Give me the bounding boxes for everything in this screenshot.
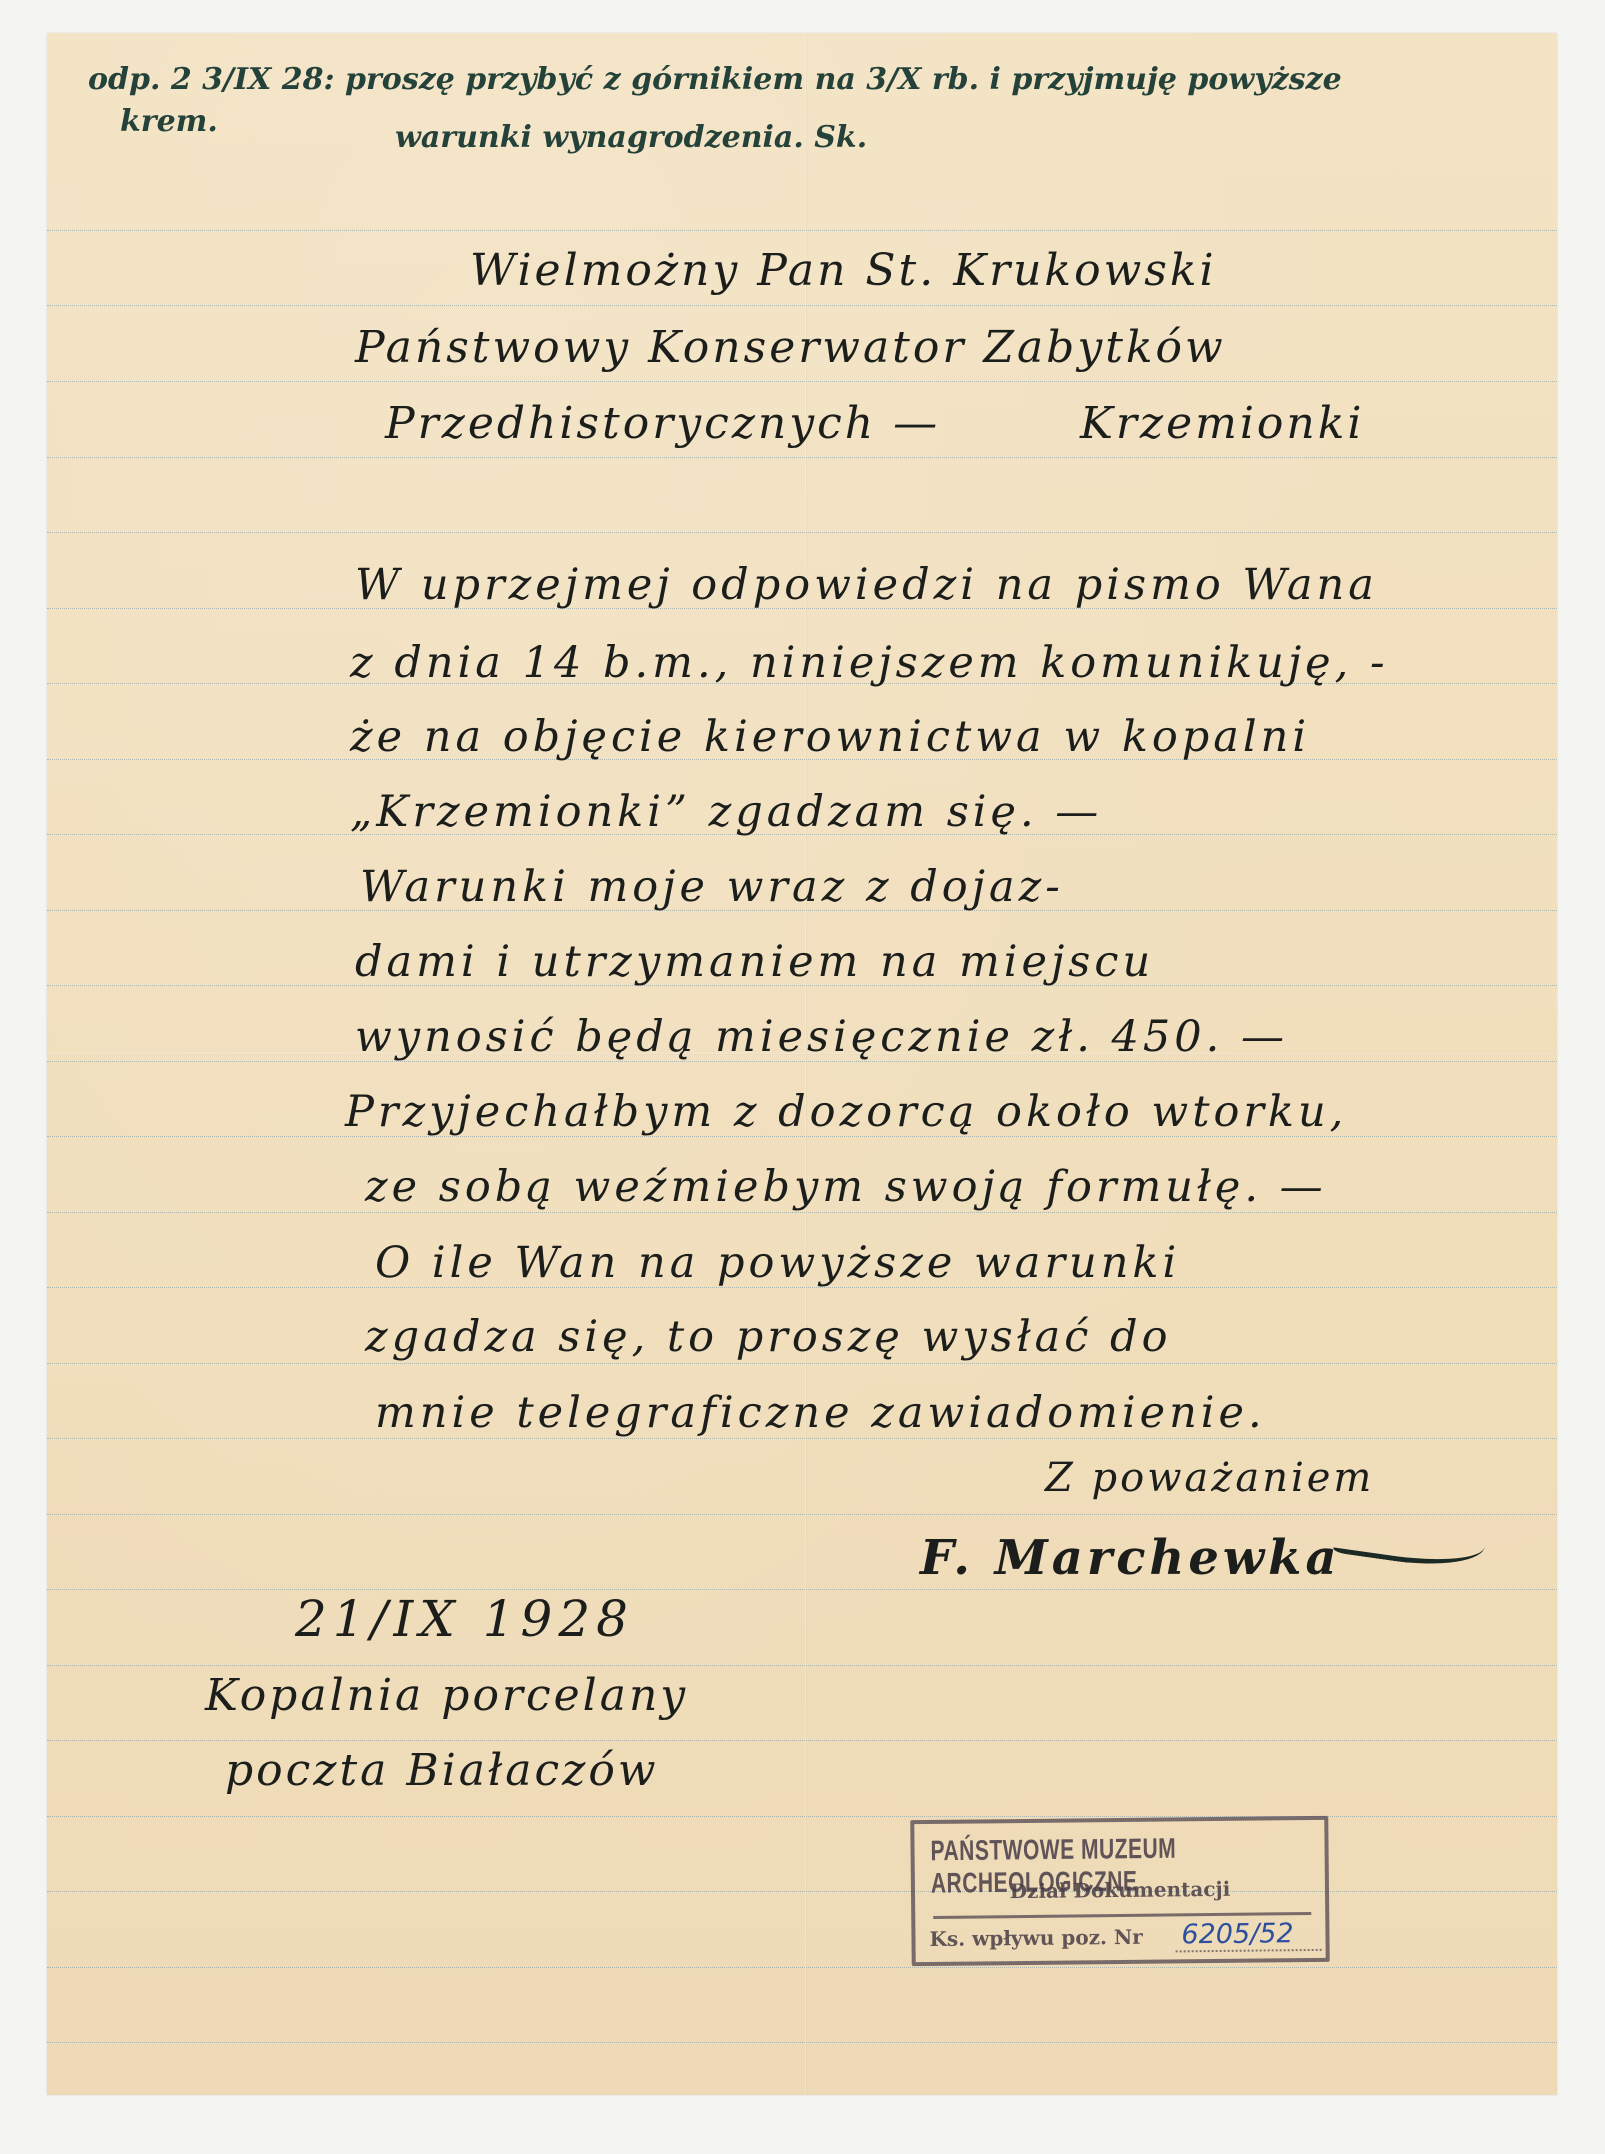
addressee-line-2: Państwowy Konserwator Zabytków <box>355 322 1226 373</box>
stamp-register-label: Ks. wpływu poz. Nr <box>929 1925 1142 1951</box>
ruled-line <box>47 230 1557 231</box>
addressee-line-3-left: Przedhistorycznych — <box>385 398 940 449</box>
ruled-line <box>47 1212 1557 1213</box>
addressee-line-3-right: Krzemionki <box>1080 398 1364 449</box>
sender-place-line-1: Kopalnia porcelany <box>205 1670 688 1721</box>
ruled-line <box>47 1740 1557 1741</box>
body-line: dami i utrzymaniem na miejscu <box>355 937 1154 987</box>
stamp-department: Dział Dokumentacji <box>915 1876 1325 1904</box>
sender-date: 21/IX 1928 <box>295 1590 634 1648</box>
sender-place-line-2: poczta Białaczów <box>225 1745 659 1796</box>
ruled-line <box>47 1514 1557 1515</box>
body-line: ze sobą weźmiebym swoją formułę. — <box>365 1162 1327 1212</box>
ruled-line <box>47 457 1557 458</box>
signature: F. Marchewka <box>920 1530 1341 1586</box>
ruled-line <box>47 1589 1557 1590</box>
ruled-line <box>47 381 1557 382</box>
ruled-line <box>47 532 1557 533</box>
addressee-line-1: Wielmożny Pan St. Krukowski <box>470 245 1217 296</box>
ruled-line <box>47 2042 1557 2043</box>
ruled-line <box>47 1816 1557 1817</box>
body-line: że na objęcie kierownictwa w kopalni <box>350 712 1310 762</box>
body-line: O ile Wan na powyższe warunki <box>375 1238 1180 1288</box>
body-line: z dnia 14 b.m., niniejszem komunikuję, - <box>350 638 1389 688</box>
body-line: mnie telegraficzne zawiadomienie. <box>375 1388 1266 1438</box>
ruled-line <box>47 1891 1557 1892</box>
top-note-line-2: warunki wynagrodzenia. Sk. <box>395 120 867 155</box>
top-note-line-2-left: krem. <box>120 104 218 139</box>
ruled-line <box>47 1363 1557 1364</box>
body-line: Warunki moje wraz z dojaz- <box>360 862 1064 912</box>
stamp-register-number: 6205/52 <box>1175 1918 1321 1953</box>
body-line: zgadza się, to proszę wysłać do <box>365 1312 1171 1362</box>
ruled-line <box>47 305 1557 306</box>
ruled-line <box>47 1967 1557 1968</box>
ruled-line <box>47 1438 1557 1439</box>
body-line: W uprzejmej odpowiedzi na pismo Wana <box>355 560 1378 610</box>
closing-salutation: Z poważaniem <box>1045 1455 1374 1501</box>
ruled-line <box>47 1665 1557 1666</box>
body-line: „Krzemionki” zgadzam się. — <box>350 787 1102 837</box>
body-line: Przyjechałbym z dozorcą około wtorku, <box>345 1087 1347 1137</box>
body-line: wynosić będą miesięcznie zł. 450. — <box>355 1012 1288 1062</box>
museum-stamp: PAŃSTWOWE MUZEUM ARCHEOLOGICZNE Dział Do… <box>910 1816 1330 1966</box>
top-note-line-1: odp. 2 3/IX 28: proszę przybyć z górniki… <box>88 62 1342 97</box>
